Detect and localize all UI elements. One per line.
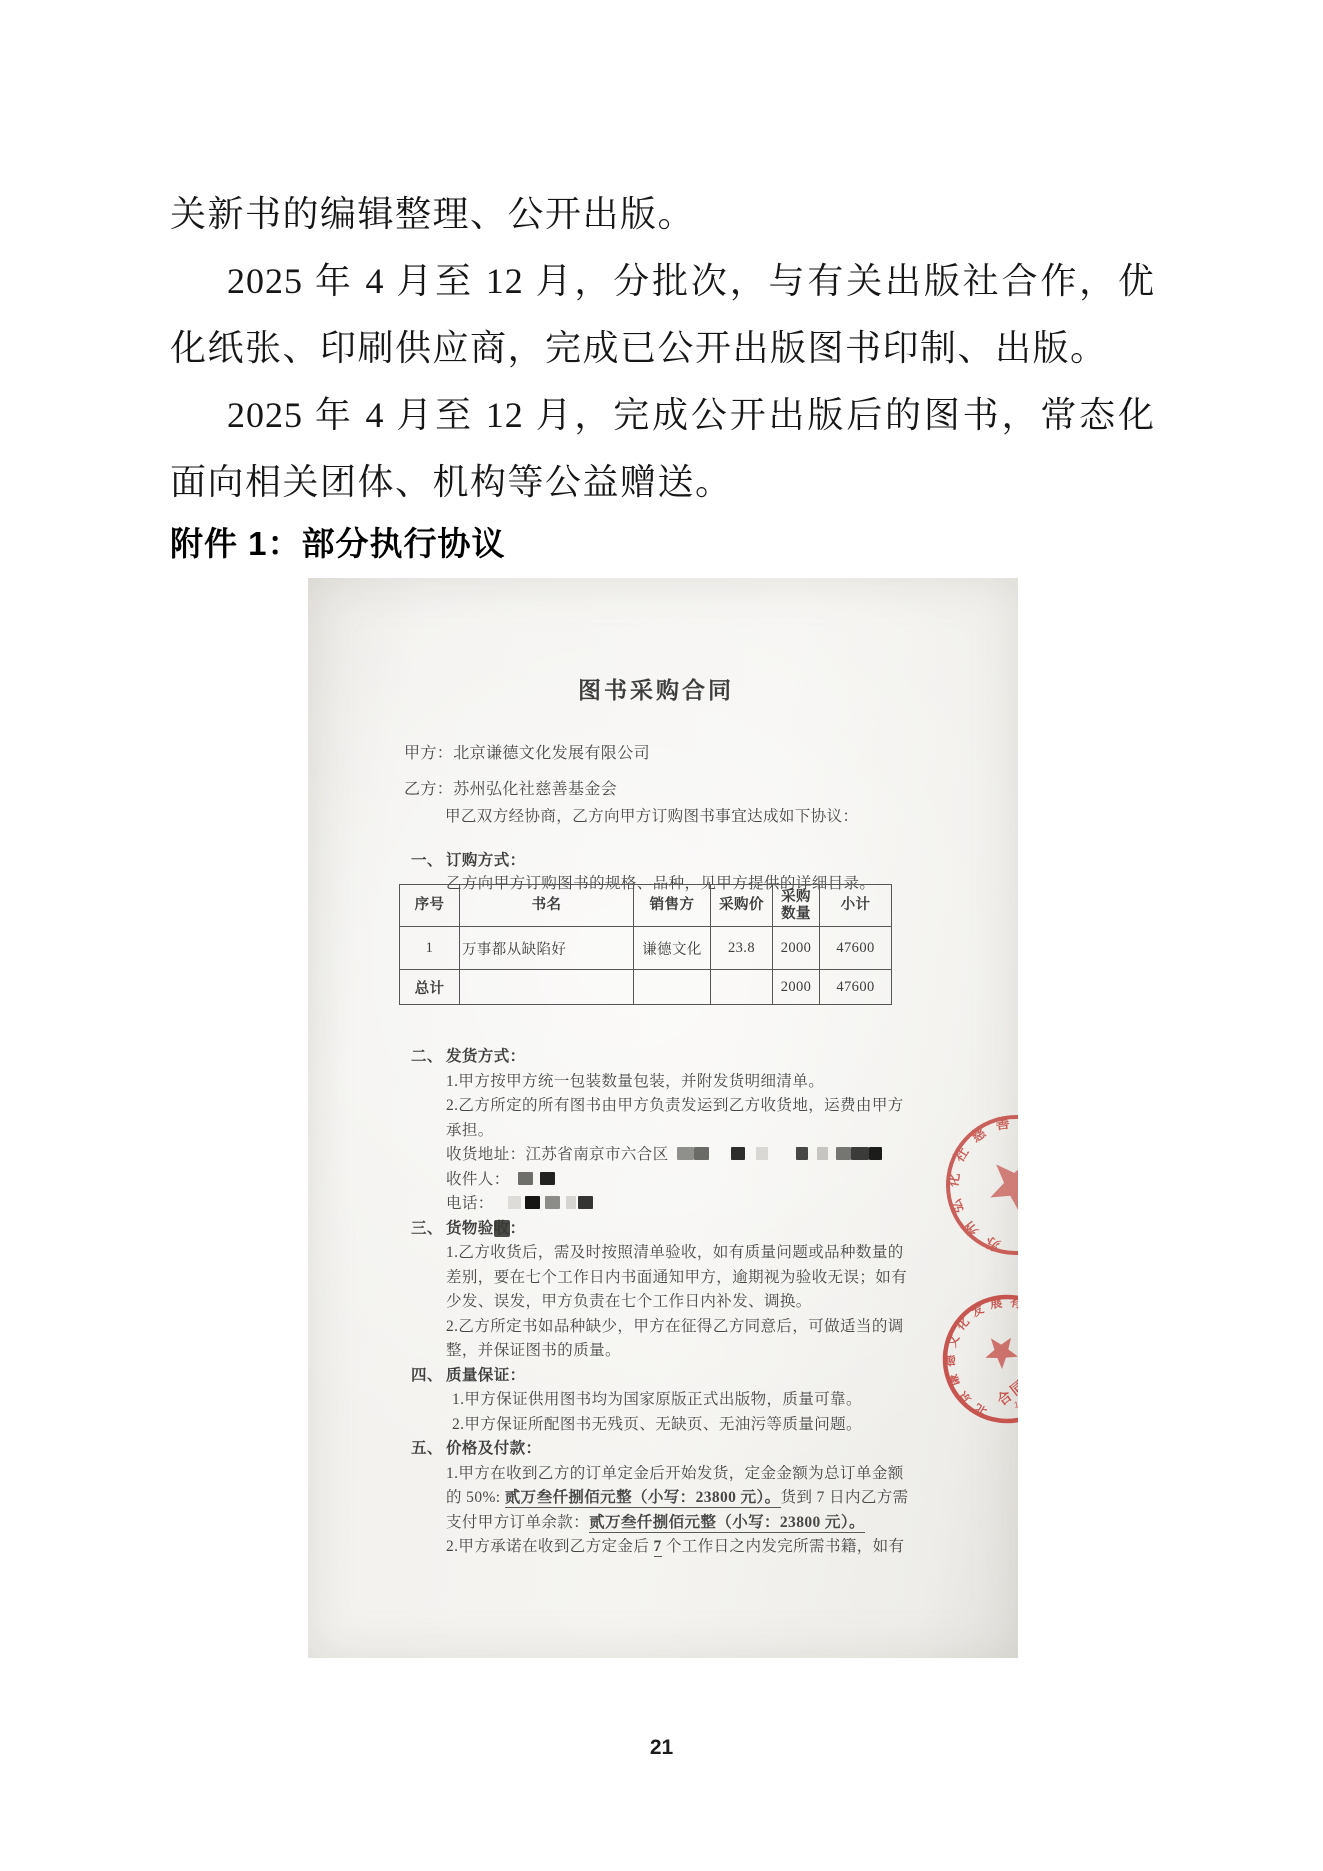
attachment-heading: 附件 1：部分执行协议	[170, 518, 506, 565]
col-quantity: 采购数量	[773, 885, 820, 927]
redaction-block	[694, 1147, 709, 1160]
phone-line: 电话：	[446, 1192, 909, 1217]
section-number: 一、	[411, 850, 446, 871]
redaction-block	[508, 1196, 521, 1209]
section-line: 1.甲方保证供用图书均为国家原版正式出版物，质量可靠。	[452, 1388, 909, 1413]
section-title: 货物验	[446, 1220, 494, 1237]
cell-empty	[634, 970, 711, 1005]
page-number: 21	[0, 1736, 1323, 1760]
col-seller: 销售方	[634, 885, 711, 927]
section-line: 1.甲方按甲方统一包装数量包装，并附发货明细清单。	[446, 1070, 909, 1095]
col-subtotal: 小计	[820, 885, 892, 927]
seal-label: 合同专用	[994, 1355, 1018, 1409]
contract-sections: 二、发货方式： 1.甲方按甲方统一包装数量包装，并附发货明细清单。 2.乙方所定…	[411, 1045, 909, 1560]
payment-text: 支付甲方订单余款：	[446, 1514, 589, 1531]
section-line: 支付甲方订单余款：贰万叁仟捌佰元整（小写：23800 元）。	[446, 1511, 909, 1536]
section-heading: 三、货物验收：	[411, 1217, 909, 1242]
col-book-title: 书名	[460, 885, 634, 927]
section-line: 差别，要在七个工作日内书面通知甲方，逾期视为验收无误；如有	[446, 1266, 909, 1291]
payment-text: 货到 7 日内乙方需	[781, 1489, 909, 1506]
table-total-row: 总计 2000 47600	[400, 970, 892, 1005]
star-icon	[978, 1328, 1018, 1373]
table-header-row: 序号 书名 销售方 采购价 采购数量 小计	[400, 885, 892, 927]
seal-beijing-qiande-contract: 北京谦德文化发展有限公司 合同专用 1101051	[927, 1279, 1018, 1439]
contract-preamble: 甲乙双方经协商，乙方向甲方订购图书事宜达成如下协议：	[445, 804, 858, 826]
redaction-block	[566, 1196, 576, 1209]
underlined-amount: 贰万叁仟捌佰元整（小写：23800 元）。	[505, 1489, 781, 1508]
redaction-block	[851, 1147, 869, 1160]
address-label: 收货地址：江苏省南京市六合区	[446, 1146, 669, 1163]
paragraph-line: 2025 年 4 月至 12 月，完成公开出版后的图书，常态化	[170, 387, 1155, 438]
section-title: 订购方式：	[446, 852, 526, 869]
contract-title: 图书采购合同	[308, 672, 1004, 705]
section-line: 的 50%: 贰万叁仟捌佰元整（小写：23800 元）。货到 7 日内乙方需	[446, 1486, 909, 1511]
section-heading: 一、订购方式：	[411, 850, 875, 871]
redaction-block	[836, 1147, 851, 1160]
cell-index: 1	[400, 927, 460, 970]
paragraph-line: 化纸张、印刷供应商，完成已公开出版图书印制、出版。	[170, 320, 1108, 371]
party-b-line: 乙方：苏州弘化社慈善基金会	[404, 772, 650, 808]
payment-text: 的 50%:	[446, 1489, 505, 1506]
seal-suzhou-honghuashe: 苏州弘化社慈善基金会 3205000	[931, 1100, 1018, 1270]
redaction-block	[578, 1196, 593, 1209]
section-line: 整，并保证图书的质量。	[446, 1339, 909, 1364]
paragraph-line: 关新书的编辑整理、公开出版。	[170, 186, 695, 237]
section-heading: 二、发货方式：	[411, 1045, 909, 1070]
redaction-block	[525, 1196, 540, 1209]
redaction-block	[518, 1172, 533, 1185]
redaction-block	[731, 1147, 745, 1160]
section-title: 质量保证：	[446, 1367, 526, 1384]
col-price: 采购价	[711, 885, 773, 927]
redaction-block	[545, 1196, 560, 1209]
cell-total-label: 总计	[400, 970, 460, 1005]
table-row: 1 万事都从缺陷好 谦德文化 23.8 2000 47600	[400, 927, 892, 970]
redaction-block	[796, 1147, 808, 1160]
recipient-label: 收件人：	[446, 1171, 510, 1188]
redaction-block	[540, 1172, 555, 1185]
cell-empty	[711, 970, 773, 1005]
recipient-line: 收件人：	[446, 1168, 909, 1193]
section-line: 1.乙方收货后，需及时按照清单验收，如有质量问题或品种数量的	[446, 1241, 909, 1266]
redaction-block	[677, 1147, 694, 1160]
section-line: 2.乙方所定书如品种缺少，甲方在征得乙方同意后，可做适当的调	[446, 1315, 909, 1340]
payment-text: 个工作日之内发完所需书籍，如有	[662, 1538, 905, 1555]
paragraph-line: 面向相关团体、机构等公益赠送。	[170, 454, 733, 505]
section-number: 五、	[411, 1437, 446, 1462]
cell-quantity: 2000	[773, 927, 820, 970]
section-heading: 五、价格及付款：	[411, 1437, 909, 1462]
scanned-contract: 图书采购合同 甲方：北京谦德文化发展有限公司 乙方：苏州弘化社慈善基金会 甲乙双…	[308, 578, 1018, 1658]
contract-parties: 甲方：北京谦德文化发展有限公司 乙方：苏州弘化社慈善基金会	[404, 736, 650, 808]
star-icon	[977, 1146, 1018, 1221]
svg-text:1101051: 1101051	[1010, 1372, 1018, 1415]
redaction-block	[817, 1147, 828, 1160]
col-index: 序号	[400, 885, 460, 927]
document-page: 关新书的编辑整理、公开出版。 2025 年 4 月至 12 月，分批次，与有关出…	[0, 0, 1323, 1871]
section-number: 二、	[411, 1045, 446, 1070]
section-number: 三、	[411, 1217, 446, 1242]
cell-subtotal: 47600	[820, 927, 892, 970]
phone-label: 电话：	[446, 1195, 494, 1212]
cell-book-title: 万事都从缺陷好	[460, 927, 634, 970]
underlined-days: 7	[654, 1538, 662, 1557]
cell-seller: 谦德文化	[634, 927, 711, 970]
cell-empty	[460, 970, 634, 1005]
section-title: 发货方式：	[446, 1048, 526, 1065]
section-line: 少发、误发，甲方负责在七个工作日内补发、调换。	[446, 1290, 909, 1315]
svg-text:北京谦德文化发展有限公司: 北京谦德文化发展有限公司	[927, 1279, 1018, 1424]
svg-text:苏州弘化社慈善基金会: 苏州弘化社慈善基金会	[931, 1100, 1018, 1260]
cell-total-subtotal: 47600	[820, 970, 892, 1005]
section-line: 2.乙方所定的所有图书由甲方负责发运到乙方收货地，运费由甲方	[446, 1094, 909, 1119]
redaction-block	[869, 1147, 882, 1160]
section-heading: 四、质量保证：	[411, 1364, 909, 1389]
section-line: 承担。	[446, 1119, 909, 1144]
purchase-table: 序号 书名 销售方 采购价 采购数量 小计 1 万事都从缺陷好 谦德文化 23.…	[399, 884, 892, 1005]
section-line: 1.甲方在收到乙方的订单定金后开始发货，定金金额为总订单金额	[446, 1462, 909, 1487]
ink-smudge: 收	[494, 1220, 510, 1237]
section-number: 四、	[411, 1364, 446, 1389]
section-title: ：	[510, 1220, 526, 1237]
section-line: 2.甲方承诺在收到乙方定金后 7 个工作日之内发完所需书籍，如有	[446, 1535, 909, 1560]
cell-total-quantity: 2000	[773, 970, 820, 1005]
cell-price: 23.8	[711, 927, 773, 970]
party-a-line: 甲方：北京谦德文化发展有限公司	[404, 736, 650, 772]
shipping-address-line: 收货地址：江苏省南京市六合区	[446, 1143, 909, 1168]
underlined-amount: 贰万叁仟捌佰元整（小写：23800 元）。	[589, 1514, 865, 1533]
section-title: 价格及付款：	[446, 1440, 541, 1457]
paragraph-line: 2025 年 4 月至 12 月，分批次，与有关出版社合作，优	[170, 253, 1155, 304]
redaction-block	[756, 1147, 768, 1160]
section-line: 2.甲方保证所配图书无残页、无缺页、无油污等质量问题。	[452, 1413, 909, 1438]
payment-text: 2.甲方承诺在收到乙方定金后	[446, 1538, 654, 1555]
